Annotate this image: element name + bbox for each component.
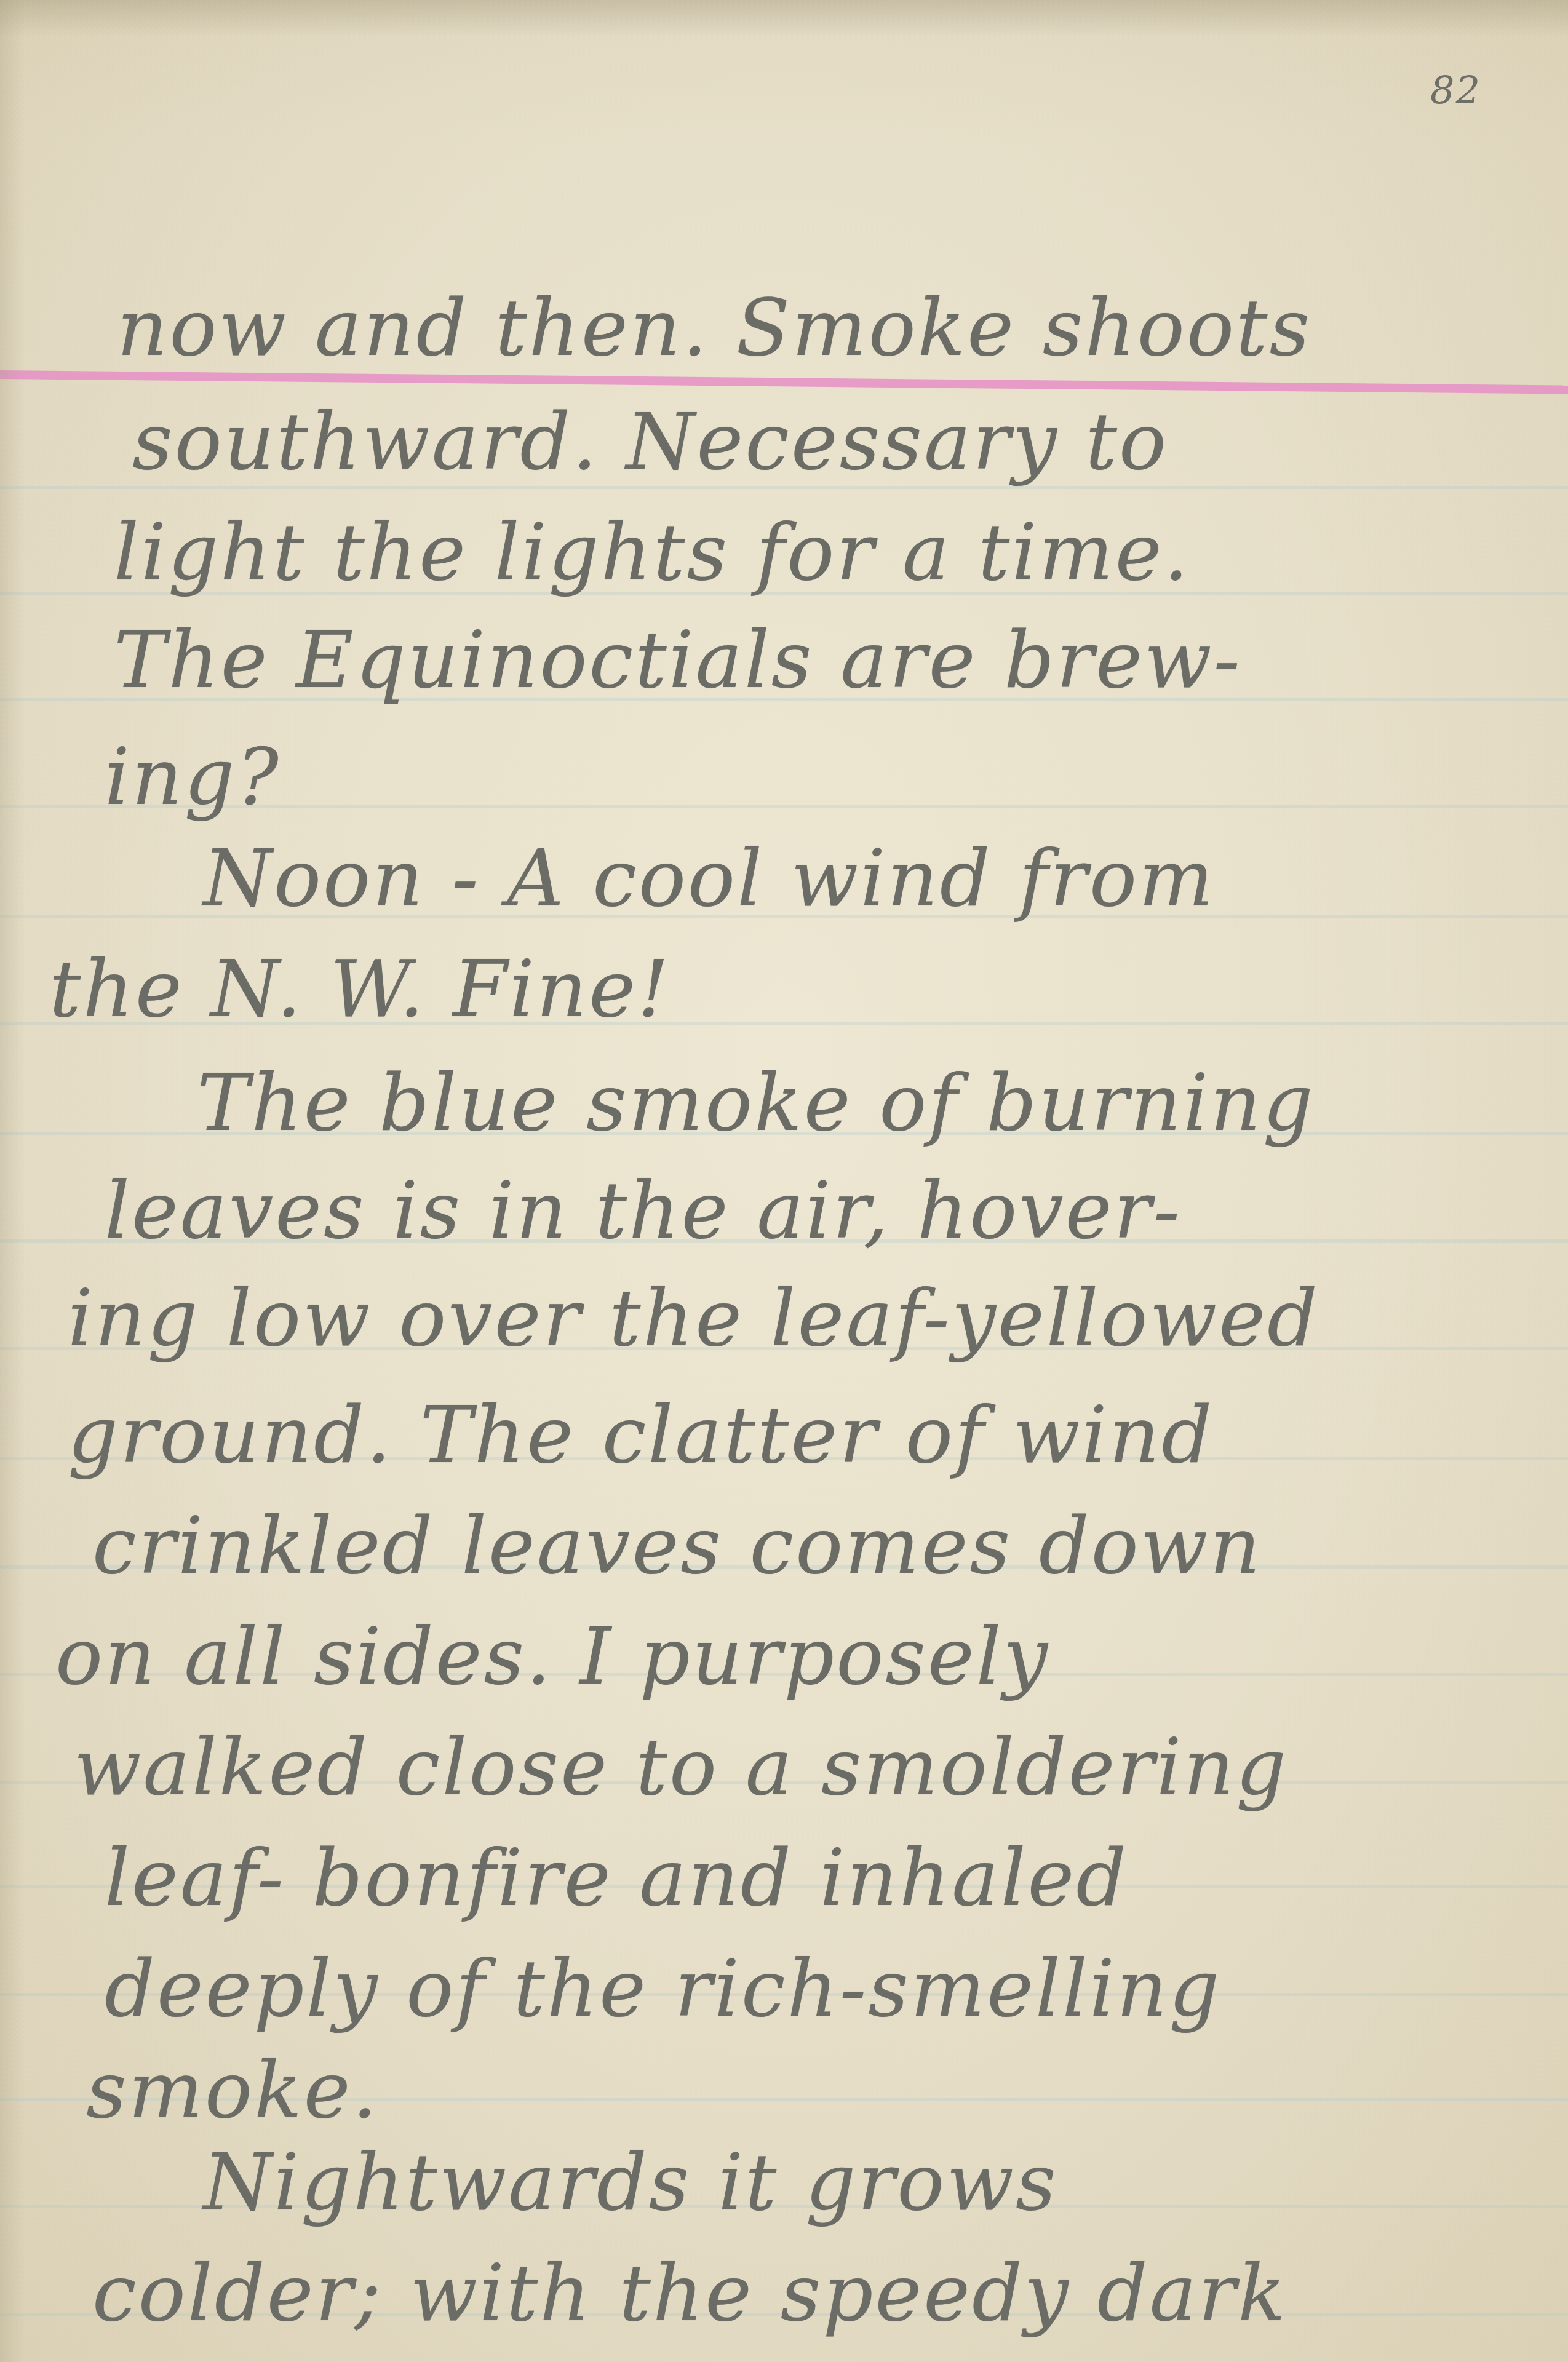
text-line-3: light the lights for a time. <box>114 514 1190 592</box>
text-line-2: southward. Necessary to <box>132 403 1168 482</box>
journal-page: 82 now and then. Smoke shoots southward.… <box>0 0 1568 2362</box>
text-line-18: Nightwards it grows <box>203 2144 1058 2222</box>
text-line-14: walked close to a smoldering <box>74 1728 1288 1807</box>
text-line-1: now and then. Smoke shoots <box>117 289 1311 368</box>
page-number: 82 <box>1430 68 1481 113</box>
text-line-10: ing low over the leaf-yellowed <box>68 1279 1319 1358</box>
text-line-19: colder; with the speedy dark <box>92 2254 1287 2333</box>
text-line-16: deeply of the rich-smelling <box>105 1950 1221 2029</box>
text-line-8: The blue smoke of burning <box>197 1064 1315 1143</box>
text-line-13: on all sides. I purposely <box>55 1618 1049 1696</box>
text-line-7: the N. W. Fine! <box>49 950 671 1029</box>
text-line-9: leaves is in the air, hover- <box>105 1172 1182 1251</box>
text-line-17: smoke. <box>86 2051 379 2130</box>
text-line-15: leaf- bonfire and inhaled <box>105 1839 1128 1918</box>
text-line-11: ground. The clatter of wind <box>68 1396 1214 1475</box>
text-line-4: The Equinoctials are brew- <box>114 621 1242 700</box>
text-line-12: crinkled leaves comes down <box>92 1507 1262 1586</box>
text-line-5: ing? <box>105 738 281 817</box>
text-line-6: Noon - A cool wind from <box>203 840 1215 918</box>
